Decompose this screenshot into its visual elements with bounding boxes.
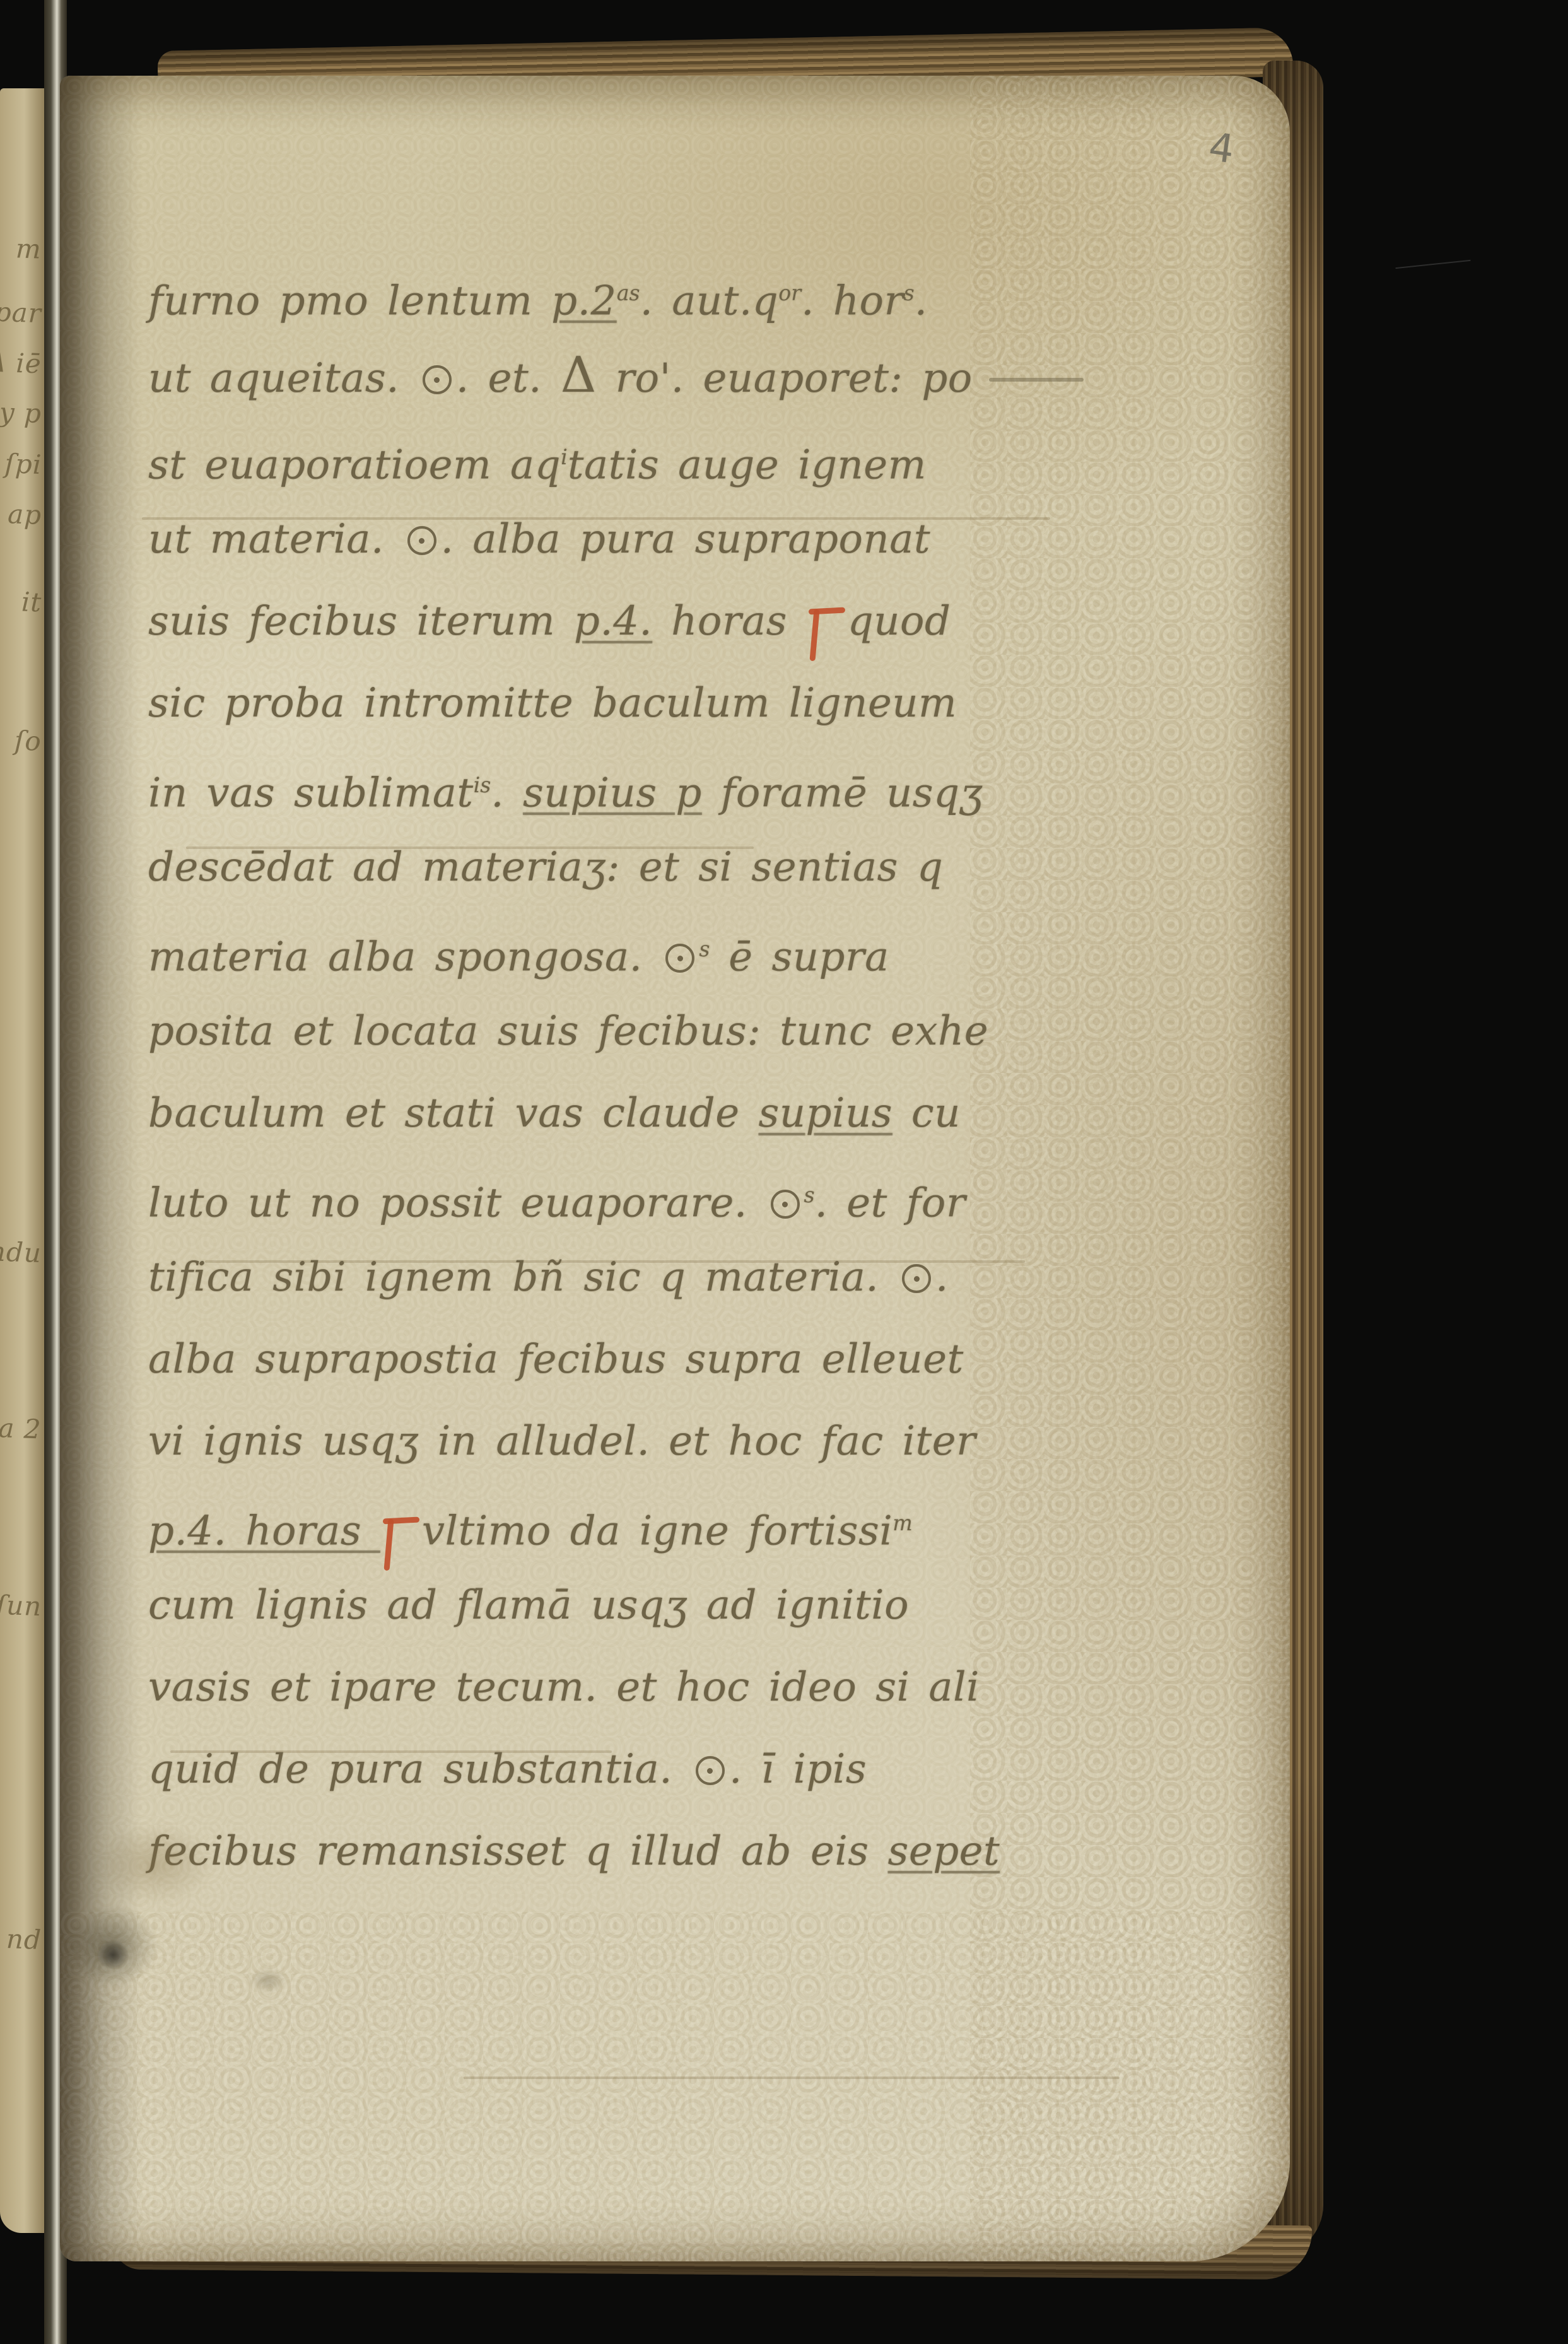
text-segment: . xyxy=(935,1254,949,1301)
text-segment: as xyxy=(617,281,640,305)
gutter-text-fragment: ni par xyxy=(0,295,42,329)
ruling-stroke xyxy=(464,2077,1120,2079)
text-segment: descēdat ad materiaʒ: et si sentias q xyxy=(148,844,943,891)
text-line: materia alba spongosa. s ē supra xyxy=(148,908,1157,990)
text-segment: cu xyxy=(892,1090,961,1137)
text-segment: supius xyxy=(758,1090,892,1137)
text-segment: m xyxy=(892,1511,913,1535)
photo-background: mni parā. Δ iēy prū ſpier apitſos ndula … xyxy=(0,0,1568,2344)
text-segment: . ī ipis xyxy=(729,1746,867,1793)
text-line: quid de pura substantia. . ī ipis xyxy=(148,1728,1157,1810)
gutter-text-fragment: y p xyxy=(0,397,42,429)
text-segment: . et for xyxy=(815,1180,966,1226)
text-segment: vi ignis usqʒ in alludel. et hoc fac ite… xyxy=(148,1418,976,1465)
text-segment: materia alba spongosa. xyxy=(148,934,661,980)
text-line: ut aqueitas. . et. Δ ro'. euaporet: po xyxy=(148,334,1157,416)
text-segment: . aut.q xyxy=(640,278,779,324)
red-capitulum-mark xyxy=(383,1515,416,1552)
text-segment: ut aqueitas. xyxy=(148,355,418,402)
text-segment: or xyxy=(778,281,801,305)
gutter-text-fragment: nd xyxy=(6,1923,42,1955)
line-filler-stroke xyxy=(989,378,1084,382)
text-line: ut materia. . alba pura supraponat xyxy=(148,498,1157,580)
text-segment: p.2 xyxy=(551,278,617,324)
gutter-text-fragment: rū ſpi xyxy=(0,447,42,480)
sun-symbol xyxy=(902,1264,931,1293)
text-segment: furno pmo lentum xyxy=(148,278,551,324)
text-segment: quid de pura substantia. xyxy=(148,1746,691,1793)
text-segment: ro'. euaporet: po xyxy=(597,355,973,402)
text-segment: st euaporatioem aq xyxy=(148,442,561,488)
text-line: vasis et ipare tecum. et hoc ideo si ali xyxy=(148,1646,1157,1728)
text-segment: s xyxy=(699,937,710,961)
text-segment: sepet xyxy=(887,1828,1000,1875)
text-segment: posita et locata suis fecibus: tunc exhe xyxy=(148,1008,988,1055)
text-segment: . et. xyxy=(456,355,561,402)
text-line: descēdat ad materiaʒ: et si sentias q xyxy=(148,826,1157,908)
gutter-text-fragment: ā. Δ iē xyxy=(0,346,42,380)
text-segment: . xyxy=(491,770,523,816)
stain xyxy=(65,1905,160,1987)
text-segment: suis fecibus iterum xyxy=(148,598,574,645)
text-segment: sic proba intromitte baculum ligneum xyxy=(148,680,957,727)
text-segment: . hor xyxy=(801,278,904,324)
text-segment: tifica sibi ignem bñ sic q materia. xyxy=(148,1254,898,1301)
red-capitulum-mark xyxy=(809,606,841,642)
gutter-text-fragment: m xyxy=(15,233,42,264)
text-segment: in vas sublimat xyxy=(148,770,474,816)
text-segment: s xyxy=(804,1183,815,1207)
text-segment: alba suprapostia fecibus supra elleuet xyxy=(148,1336,964,1383)
text-line: sic proba intromitte baculum ligneum xyxy=(148,662,1157,744)
text-segment: cum lignis ad flamā usqʒ ad ignitio xyxy=(148,1582,909,1629)
folio-number: 4 xyxy=(1206,124,1237,173)
text-segment: quod xyxy=(848,598,951,645)
text-segment: i xyxy=(561,445,568,469)
text-segment: ē supra xyxy=(710,934,889,980)
text-line: st euaporatioem aqitatis auge ignem xyxy=(148,416,1157,498)
text-line: cum lignis ad flamā usqʒ ad ignitio xyxy=(148,1564,1157,1646)
text-line: suis fecibus iterum p.4. horas quod xyxy=(148,580,1157,662)
facing-page-sliver: mni parā. Δ iēy prū ſpier apitſos ndula … xyxy=(0,88,44,2233)
text-line: furno pmo lentum p.2as. aut.qor. hors. xyxy=(148,252,1157,334)
text-segment: luto ut no possit euaporare. xyxy=(148,1180,766,1226)
manuscript-page: 4 furno pmo lentum p.2as. aut.qor. hors.… xyxy=(60,76,1290,2261)
stain xyxy=(97,1940,129,1970)
text-line: posita et locata suis fecibus: tunc exhe xyxy=(148,990,1157,1072)
text-segment: baculum et stati vas claude xyxy=(148,1090,758,1137)
gutter-text-fragment: ſo xyxy=(14,725,42,756)
text-segment: p.4. xyxy=(574,598,652,645)
sun-symbol xyxy=(665,944,694,973)
text-line: p.4. horas vltimo da igne fortissim xyxy=(148,1482,1157,1564)
text-segment: s xyxy=(904,281,915,305)
text-line: fecibus remansisset q illud ab eis sepet xyxy=(148,1810,1157,1892)
sun-symbol xyxy=(696,1756,725,1785)
text-segment: fecibus remansisset q illud ab eis xyxy=(148,1828,887,1875)
text-segment: horas xyxy=(652,598,806,645)
gutter-text-fragment: la 2 xyxy=(0,1412,42,1445)
text-line: luto ut no possit euaporare. s. et for xyxy=(148,1154,1157,1236)
text-line: baculum et stati vas claude supius cu xyxy=(148,1072,1157,1154)
sun-symbol xyxy=(407,526,436,555)
text-segment: . alba pura supraponat xyxy=(441,516,930,563)
text-line: tifica sibi ignem bñ sic q materia. . xyxy=(148,1236,1157,1318)
text-line: in vas sublimatis. supius p foramē usqʒ xyxy=(148,744,1157,826)
text-block: furno pmo lentum p.2as. aut.qor. hors.ut… xyxy=(148,252,1157,1892)
text-segment: supius p xyxy=(523,770,702,816)
background-scratch xyxy=(1395,260,1471,269)
text-segment: Δ xyxy=(561,347,597,404)
text-line: alba suprapostia fecibus supra elleuet xyxy=(148,1318,1157,1400)
stain xyxy=(249,1968,287,1993)
sun-symbol xyxy=(423,365,452,394)
vellum-texture xyxy=(60,1912,1290,2261)
gutter-text-fragment: pi ſun xyxy=(0,1588,42,1622)
text-segment: tatis auge ignem xyxy=(568,442,927,488)
sun-symbol xyxy=(771,1190,800,1219)
gutter-text-fragment: er ap xyxy=(0,497,42,530)
gutter-text-fragment: it xyxy=(21,586,42,618)
text-segment: vltimo da igne fortissi xyxy=(422,1508,892,1554)
text-segment: vasis et ipare tecum. et hoc ideo si ali xyxy=(148,1664,980,1711)
text-line: vi ignis usqʒ in alludel. et hoc fac ite… xyxy=(148,1400,1157,1482)
text-segment: foramē usqʒ xyxy=(702,770,983,816)
text-segment: p.4. horas xyxy=(148,1508,380,1554)
text-segment: ut materia. xyxy=(148,516,403,563)
text-segment: is xyxy=(474,773,491,797)
text-segment: . xyxy=(915,278,928,324)
gutter-text-fragment: s ndu xyxy=(0,1235,42,1269)
